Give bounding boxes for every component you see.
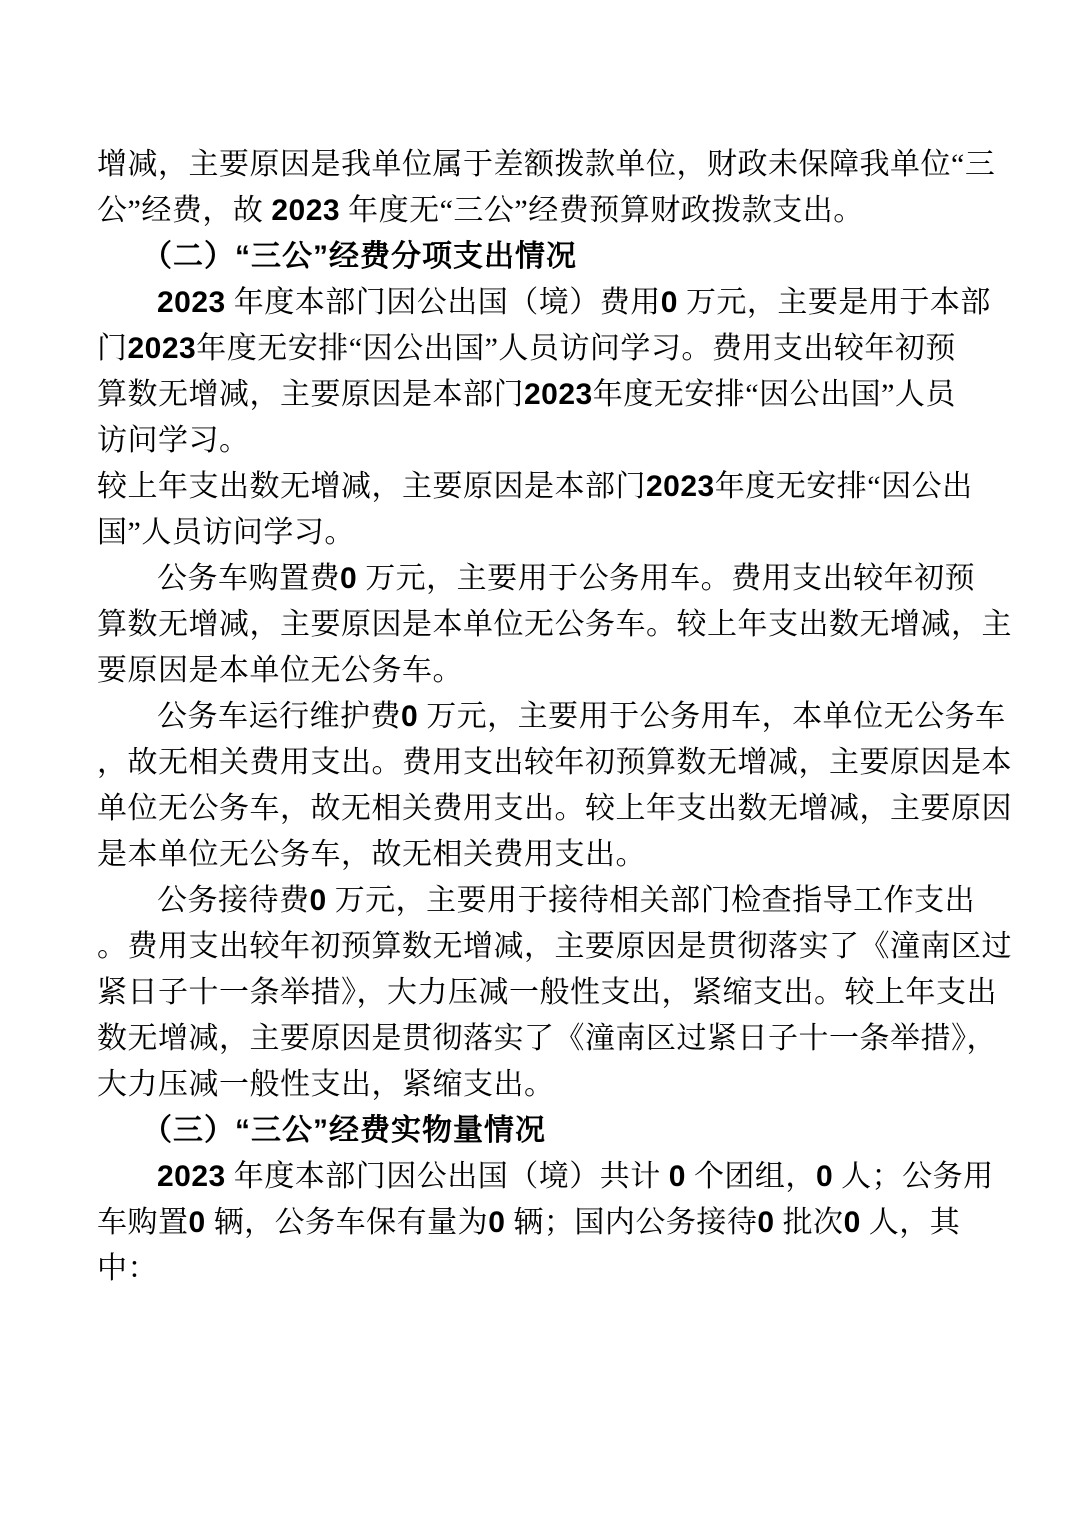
numeric-run: 0 xyxy=(401,700,418,733)
text-run: 是本单位无公务车，故无相关费用支出。 xyxy=(97,838,646,871)
text-run: 紧日子十一条举措》，大力压减一般性支出，紧缩支出。较上年支出 xyxy=(97,976,997,1009)
text-line: ，故无相关费用支出。费用支出较年初预算数无增减，主要原因是本 xyxy=(97,740,982,786)
numeric-run: 2023 xyxy=(524,378,593,411)
text-line: 2023 年度本部门因公出国（境）共计 0 个团组，0 人；公务用 xyxy=(97,1154,982,1200)
text-run: 要原因是本单位无公务车。 xyxy=(97,654,463,687)
text-run: 人；公务用 xyxy=(833,1160,994,1193)
text-run: 年度无安排“因公出 xyxy=(715,470,973,503)
text-run: 中： xyxy=(97,1252,158,1285)
numeric-run: 0 xyxy=(310,884,327,917)
text-run: 万元，主要用于接待相关部门检查指导工作支出 xyxy=(327,884,976,917)
text-run: 公务车运行维护费 xyxy=(157,700,401,733)
text-run: 公”经费，故 xyxy=(97,194,271,227)
text-run: （三）“三公”经费实物量情况 xyxy=(142,1114,546,1147)
section-heading: （三）“三公”经费实物量情况 xyxy=(97,1108,982,1154)
text-run: 公务接待费 xyxy=(157,884,310,917)
text-line: 公务车运行维护费0 万元，主要用于公务用车，本单位无公务车 xyxy=(97,694,982,740)
text-run: 万元，主要是用于本部 xyxy=(678,286,991,319)
text-run: 个团组， xyxy=(686,1160,816,1193)
text-run: 国”人员访问学习。 xyxy=(97,516,355,549)
text-run: 年度无“三公”经费预算财政拨款支出。 xyxy=(340,194,864,227)
numeric-run: 2023 xyxy=(128,332,197,365)
text-line: 是本单位无公务车，故无相关费用支出。 xyxy=(97,832,982,878)
text-line: 算数无增减，主要原因是本部门2023年度无安排“因公出国”人员 xyxy=(97,372,982,418)
text-line: 较上年支出数无增减，主要原因是本部门2023年度无安排“因公出 xyxy=(97,464,982,510)
text-line: 公务接待费0 万元，主要用于接待相关部门检查指导工作支出 xyxy=(97,878,982,924)
text-run: 年度无安排“因公出国”人员 xyxy=(593,378,956,411)
text-run: 批次 xyxy=(775,1206,844,1239)
text-line: 增减，主要原因是我单位属于差额拨款单位，财政未保障我单位“三 xyxy=(97,142,982,188)
text-line: 要原因是本单位无公务车。 xyxy=(97,648,982,694)
text-run: 大力压减一般性支出，紧缩支出。 xyxy=(97,1068,555,1101)
text-run: 算数无增减，主要原因是本部门 xyxy=(97,378,524,411)
text-line: 2023 年度本部门因公出国（境）费用0 万元，主要是用于本部 xyxy=(97,280,982,326)
numeric-run: 0 xyxy=(669,1160,686,1193)
text-run: 年度无安排“因公出国”人员访问学习。费用支出较年初预 xyxy=(196,332,956,365)
text-line: 算数无增减，主要原因是本单位无公务车。较上年支出数无增减，主 xyxy=(97,602,982,648)
text-run: 车购置 xyxy=(97,1206,189,1239)
numeric-run: 0 xyxy=(340,562,357,595)
text-line: 紧日子十一条举措》，大力压减一般性支出，紧缩支出。较上年支出 xyxy=(97,970,982,1016)
text-line: 公务车购置费0 万元，主要用于公务用车。费用支出较年初预 xyxy=(97,556,982,602)
numeric-run: 0 xyxy=(757,1206,774,1239)
text-run: （二）“三公”经费分项支出情况 xyxy=(142,240,577,273)
numeric-run: 0 xyxy=(844,1206,861,1239)
text-run: 数无增减，主要原因是贯彻落实了《潼南区过紧日子十一条举措》， xyxy=(97,1022,997,1055)
text-line: 车购置0 辆，公务车保有量为0 辆；国内公务接待0 批次0 人，其 xyxy=(97,1200,982,1246)
text-run: 万元，主要用于公务用车。费用支出较年初预 xyxy=(357,562,975,595)
numeric-run: 0 xyxy=(189,1206,206,1239)
text-line: 数无增减，主要原因是贯彻落实了《潼南区过紧日子十一条举措》， xyxy=(97,1016,982,1062)
numeric-run: 0 xyxy=(661,286,678,319)
document-page: 增减，主要原因是我单位属于差额拨款单位，财政未保障我单位“三公”经费，故 202… xyxy=(0,0,1069,1515)
text-line: 单位无公务车，故无相关费用支出。较上年支出数无增减，主要原因 xyxy=(97,786,982,832)
numeric-run: 0 xyxy=(488,1206,505,1239)
document-body: 增减，主要原因是我单位属于差额拨款单位，财政未保障我单位“三公”经费，故 202… xyxy=(97,142,982,1292)
text-run: 算数无增减，主要原因是本单位无公务车。较上年支出数无增减，主 xyxy=(97,608,1012,641)
text-run: 人，其 xyxy=(861,1206,961,1239)
text-run: 辆；国内公务接待 xyxy=(505,1206,757,1239)
numeric-run: 2023 xyxy=(271,194,340,227)
text-run: 增减，主要原因是我单位属于差额拨款单位，财政未保障我单位“三 xyxy=(97,148,995,181)
text-line: 国”人员访问学习。 xyxy=(97,510,982,556)
numeric-run: 2023 xyxy=(157,1160,226,1193)
text-run: 。费用支出较年初预算数无增减，主要原因是贯彻落实了《潼南区过 xyxy=(97,930,1012,963)
text-line: 门2023年度无安排“因公出国”人员访问学习。费用支出较年初预 xyxy=(97,326,982,372)
section-heading: （二）“三公”经费分项支出情况 xyxy=(97,234,982,280)
numeric-run: 2023 xyxy=(646,470,715,503)
text-run: 年度本部门因公出国（境）费用 xyxy=(226,286,661,319)
numeric-run: 2023 xyxy=(157,286,226,319)
text-run: 公务车购置费 xyxy=(157,562,340,595)
text-line: 公”经费，故 2023 年度无“三公”经费预算财政拨款支出。 xyxy=(97,188,982,234)
text-line: 中： xyxy=(97,1246,982,1292)
text-line: 访问学习。 xyxy=(97,418,982,464)
text-run: 万元，主要用于公务用车，本单位无公务车 xyxy=(418,700,1006,733)
text-run: 较上年支出数无增减，主要原因是本部门 xyxy=(97,470,646,503)
text-run: 访问学习。 xyxy=(97,424,250,457)
text-run: 门 xyxy=(97,332,128,365)
numeric-run: 0 xyxy=(816,1160,833,1193)
text-run: ，故无相关费用支出。费用支出较年初预算数无增减，主要原因是本 xyxy=(97,746,1012,779)
text-run: 单位无公务车，故无相关费用支出。较上年支出数无增减，主要原因 xyxy=(97,792,1012,825)
text-line: 大力压减一般性支出，紧缩支出。 xyxy=(97,1062,982,1108)
text-run: 辆，公务车保有量为 xyxy=(206,1206,489,1239)
text-run: 年度本部门因公出国（境）共计 xyxy=(226,1160,669,1193)
text-line: 。费用支出较年初预算数无增减，主要原因是贯彻落实了《潼南区过 xyxy=(97,924,982,970)
